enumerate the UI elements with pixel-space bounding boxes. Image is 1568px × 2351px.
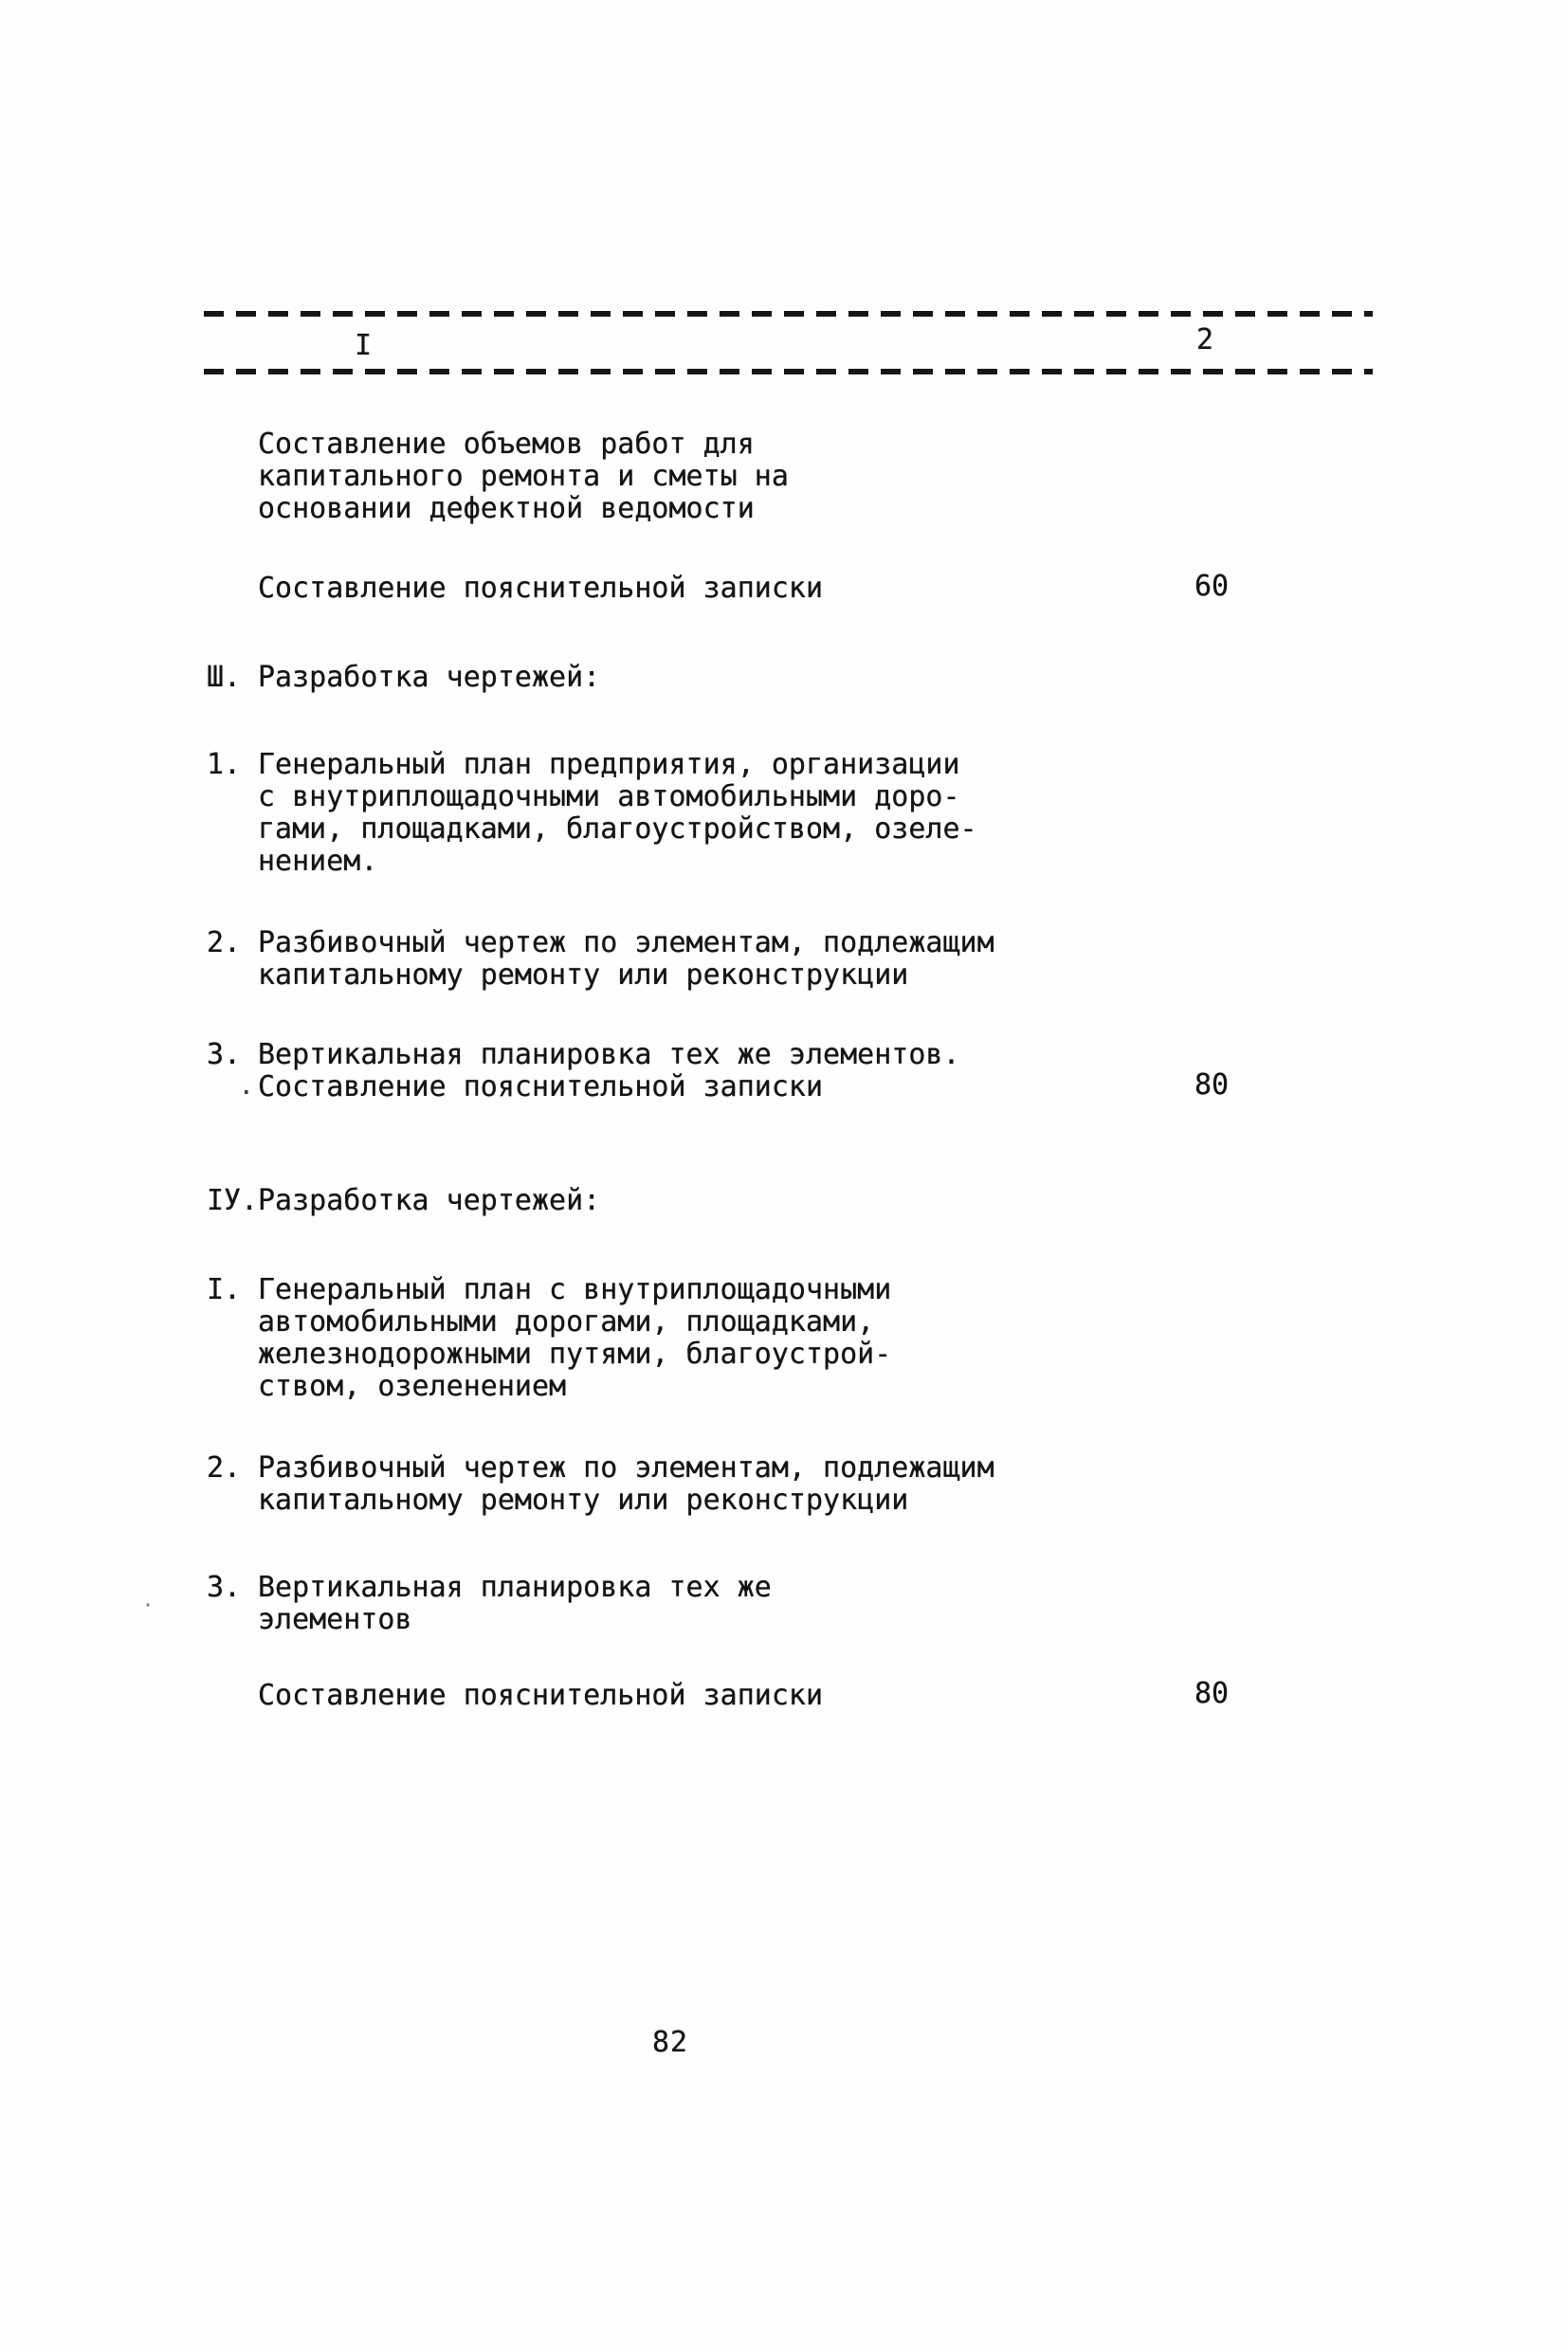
text-line: основании дефектной ведомости — [258, 493, 789, 525]
list-item: 1. Генеральный план предприятия, организ… — [207, 749, 977, 878]
text-line: с внутриплощадочными автомобильными доро… — [258, 781, 977, 813]
value-cell: 80 — [1194, 1678, 1229, 1710]
text-line: капитального ремонта и сметы на — [258, 461, 789, 493]
text-line: Разбивочный чертеж по элементам, подлежа… — [258, 927, 994, 959]
work-description: Составление пояснительной записки — [258, 573, 823, 605]
item-number: 1. — [207, 749, 258, 878]
text-line: Разбивочный чертеж по элементам, подлежа… — [258, 1452, 994, 1485]
text-line: Вертикальная планировка тех же — [258, 1572, 772, 1604]
section-heading: IУ. Разработка чертежей: — [207, 1185, 600, 1217]
text-line: гами, площадками, благоустройством, озел… — [258, 813, 977, 846]
table-rule-top — [204, 311, 1373, 317]
work-description: Составление пояснительной записки — [258, 1680, 823, 1712]
list-item: 3. Вертикальная планировка тех же элемен… — [207, 1572, 772, 1636]
scanned-document-page: I 2 Составление объемов работ для капита… — [0, 0, 1568, 2351]
section-heading: Ш. Разработка чертежей: — [207, 662, 600, 694]
section-number: Ш. — [207, 662, 258, 694]
text-line: капитальному ремонту или реконструкции — [258, 959, 994, 992]
section-title: Разработка чертежей: — [258, 662, 600, 694]
column-header-1: I — [355, 330, 372, 362]
text-line: Генеральный план предприятия, организаци… — [258, 749, 977, 781]
text-line: Вертикальная планировка тех же элементов… — [258, 1039, 960, 1071]
section-number: IУ. — [207, 1185, 258, 1217]
value-cell: 80 — [1194, 1069, 1229, 1102]
item-number: I. — [207, 1274, 258, 1403]
text-line: нением. — [258, 846, 977, 878]
text-line: капитальному ремонту или реконструкции — [258, 1485, 994, 1517]
list-item: 3. Вертикальная планировка тех же элемен… — [207, 1039, 960, 1103]
section-title: Разработка чертежей: — [258, 1185, 600, 1217]
text-line: железнодорожными путями, благоустрой- — [258, 1339, 891, 1371]
table-rule-bottom — [204, 369, 1373, 374]
item-number: 2. — [207, 927, 258, 992]
scan-artifact-dot: · — [142, 1589, 154, 1621]
work-description: Составление объемов работ для капитально… — [258, 428, 789, 525]
column-header-2: 2 — [1196, 324, 1213, 356]
list-item: 2. Разбивочный чертеж по элементам, подл… — [207, 927, 994, 992]
item-number: 2. — [207, 1452, 258, 1517]
value-cell: 60 — [1194, 571, 1229, 603]
text-line: Составление объемов работ для — [258, 428, 789, 461]
text-line: элементов — [258, 1604, 772, 1636]
text-line: ством, озеленением — [258, 1371, 891, 1403]
text-line: Генеральный план с внутриплощадочными — [258, 1274, 891, 1306]
text-line: автомобильными дорогами, площадками, — [258, 1306, 891, 1339]
text-line: Составление пояснительной записки — [258, 1071, 960, 1103]
scan-artifact-dot: · — [239, 1077, 254, 1109]
list-item: 2. Разбивочный чертеж по элементам, подл… — [207, 1452, 994, 1517]
item-number: 3. — [207, 1572, 258, 1636]
page-number: 82 — [652, 2027, 688, 2059]
list-item: I. Генеральный план с внутриплощадочными… — [207, 1274, 891, 1403]
